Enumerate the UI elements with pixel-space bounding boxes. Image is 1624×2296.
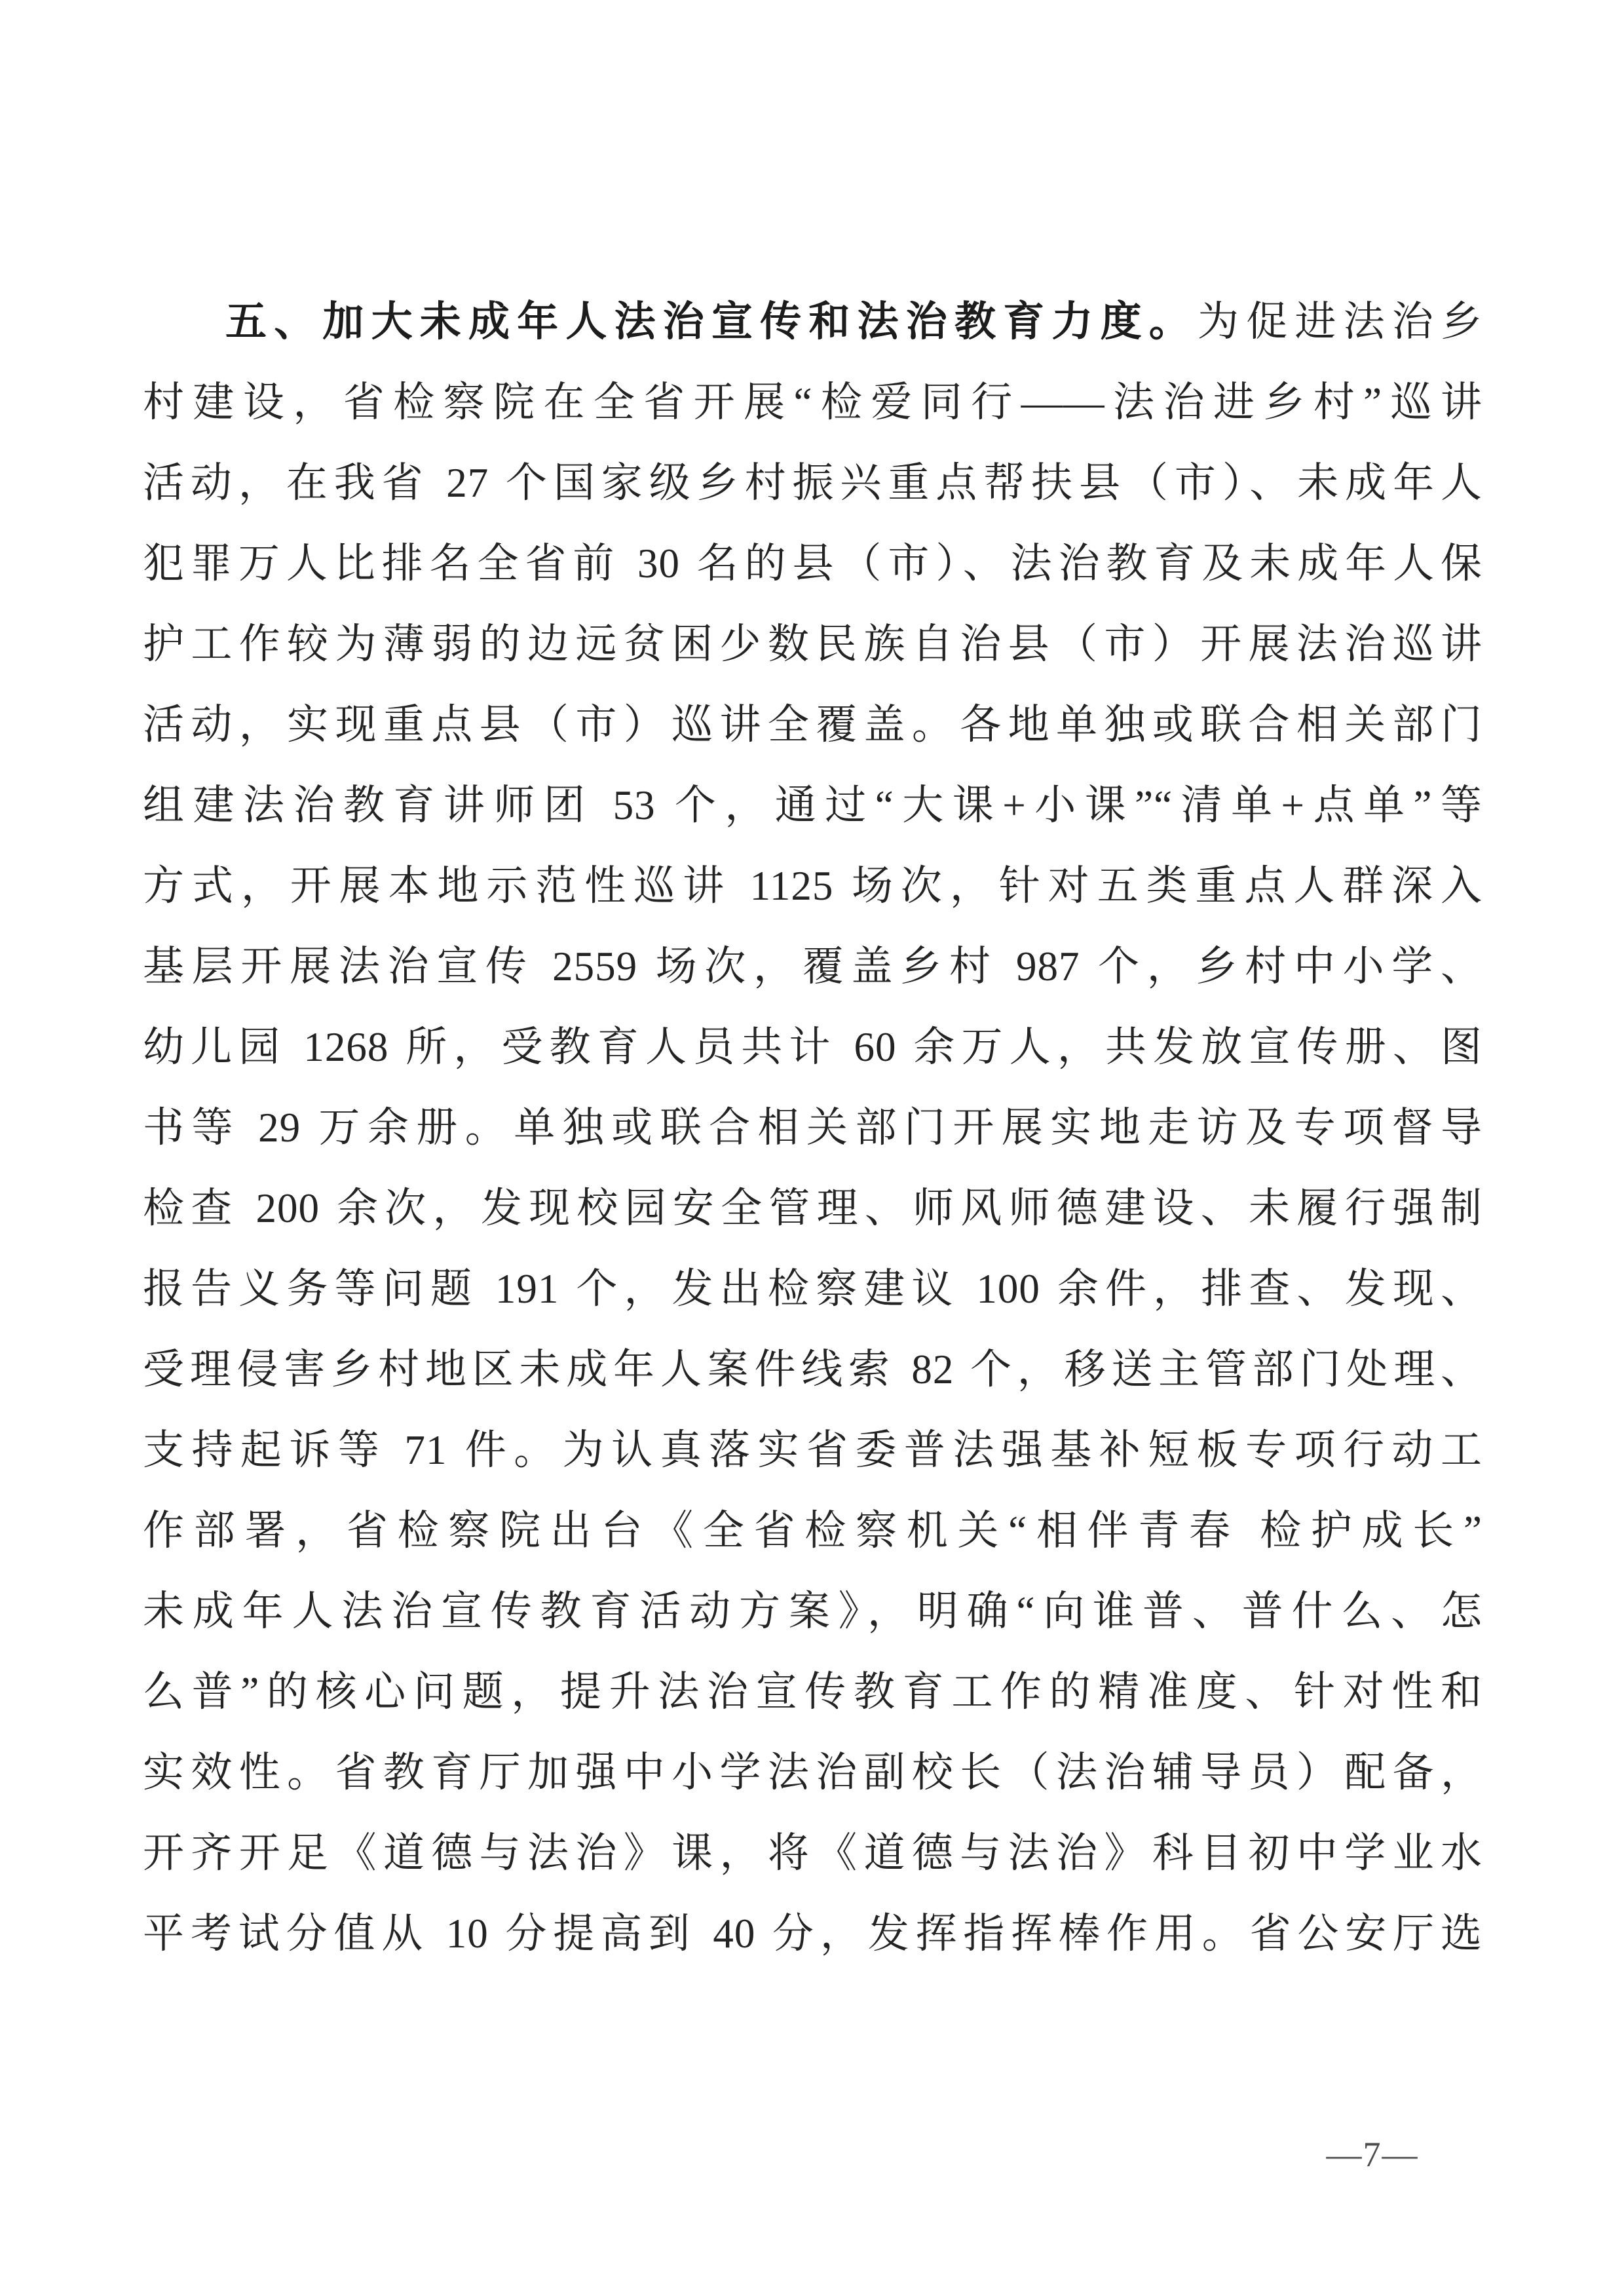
body-text-run: 为促进法治乡 xyxy=(1198,299,1482,345)
document-page: 五、加大未成年人法治宣传和法治教育力度。为促进法治乡 村建设，省检察院在全省开展… xyxy=(0,0,1624,2296)
text-line: 村建设，省检察院在全省开展“检爱同行——法治进乡村”巡讲 xyxy=(143,362,1482,443)
text-line: 实效性。省教育厅加强中小学法治副校长（法治辅导员）配备， xyxy=(143,1732,1482,1813)
text-line: 护工作较为薄弱的边远贫困少数民族自治县（市）开展法治巡讲 xyxy=(143,604,1482,685)
text-line: 活动，实现重点县（市）巡讲全覆盖。各地单独或联合相关部门 xyxy=(143,685,1482,765)
paragraph-first-line: 五、加大未成年人法治宣传和法治教育力度。为促进法治乡 xyxy=(143,282,1482,362)
text-line: 支持起诉等 71 件。为认真落实省委普法强基补短板专项行动工 xyxy=(143,1410,1482,1491)
text-line: 检查 200 余次，发现校园安全管理、师风师德建设、未履行强制 xyxy=(143,1168,1482,1249)
text-line: 平考试分值从 10 分提高到 40 分，发挥指挥棒作用。省公安厅选 xyxy=(143,1894,1482,1974)
text-line: 组建法治教育讲师团 53 个，通过“大课+小课”“清单+点单”等 xyxy=(143,765,1482,846)
body-text: 五、加大未成年人法治宣传和法治教育力度。为促进法治乡 村建设，省检察院在全省开展… xyxy=(143,282,1482,1974)
text-line: 书等 29 万余册。单独或联合相关部门开展实地走访及专项督导 xyxy=(143,1088,1482,1168)
text-line: 报告义务等问题 191 个，发出检察建议 100 余件，排查、发现、 xyxy=(143,1249,1482,1330)
page-number: —7— xyxy=(1300,2128,1445,2181)
text-line: 活动，在我省 27 个国家级乡村振兴重点帮扶县（市）、未成年人 xyxy=(143,443,1482,524)
text-line: 方式，开展本地示范性巡讲 1125 场次，针对五类重点人群深入 xyxy=(143,846,1482,927)
text-line: 犯罪万人比排名全省前 30 名的县（市）、法治教育及未成年人保 xyxy=(143,524,1482,604)
text-line: 幼儿园 1268 所，受教育人员共计 60 余万人，共发放宣传册、图 xyxy=(143,1007,1482,1088)
text-line: 开齐开足《道德与法治》课，将《道德与法治》科目初中学业水 xyxy=(143,1813,1482,1894)
text-line: 受理侵害乡村地区未成年人案件线索 82 个，移送主管部门处理、 xyxy=(143,1330,1482,1410)
text-line: 么普”的核心问题，提升法治宣传教育工作的精准度、针对性和 xyxy=(143,1652,1482,1732)
section-heading: 五、加大未成年人法治宣传和法治教育力度。 xyxy=(225,299,1198,345)
text-line: 基层开展法治宣传 2559 场次，覆盖乡村 987 个，乡村中小学、 xyxy=(143,927,1482,1007)
text-line: 作部署，省检察院出台《全省检察机关“相伴青春 检护成长” xyxy=(143,1491,1482,1571)
text-line: 未成年人法治宣传教育活动方案》，明确“向谁普、普什么、怎 xyxy=(143,1571,1482,1652)
